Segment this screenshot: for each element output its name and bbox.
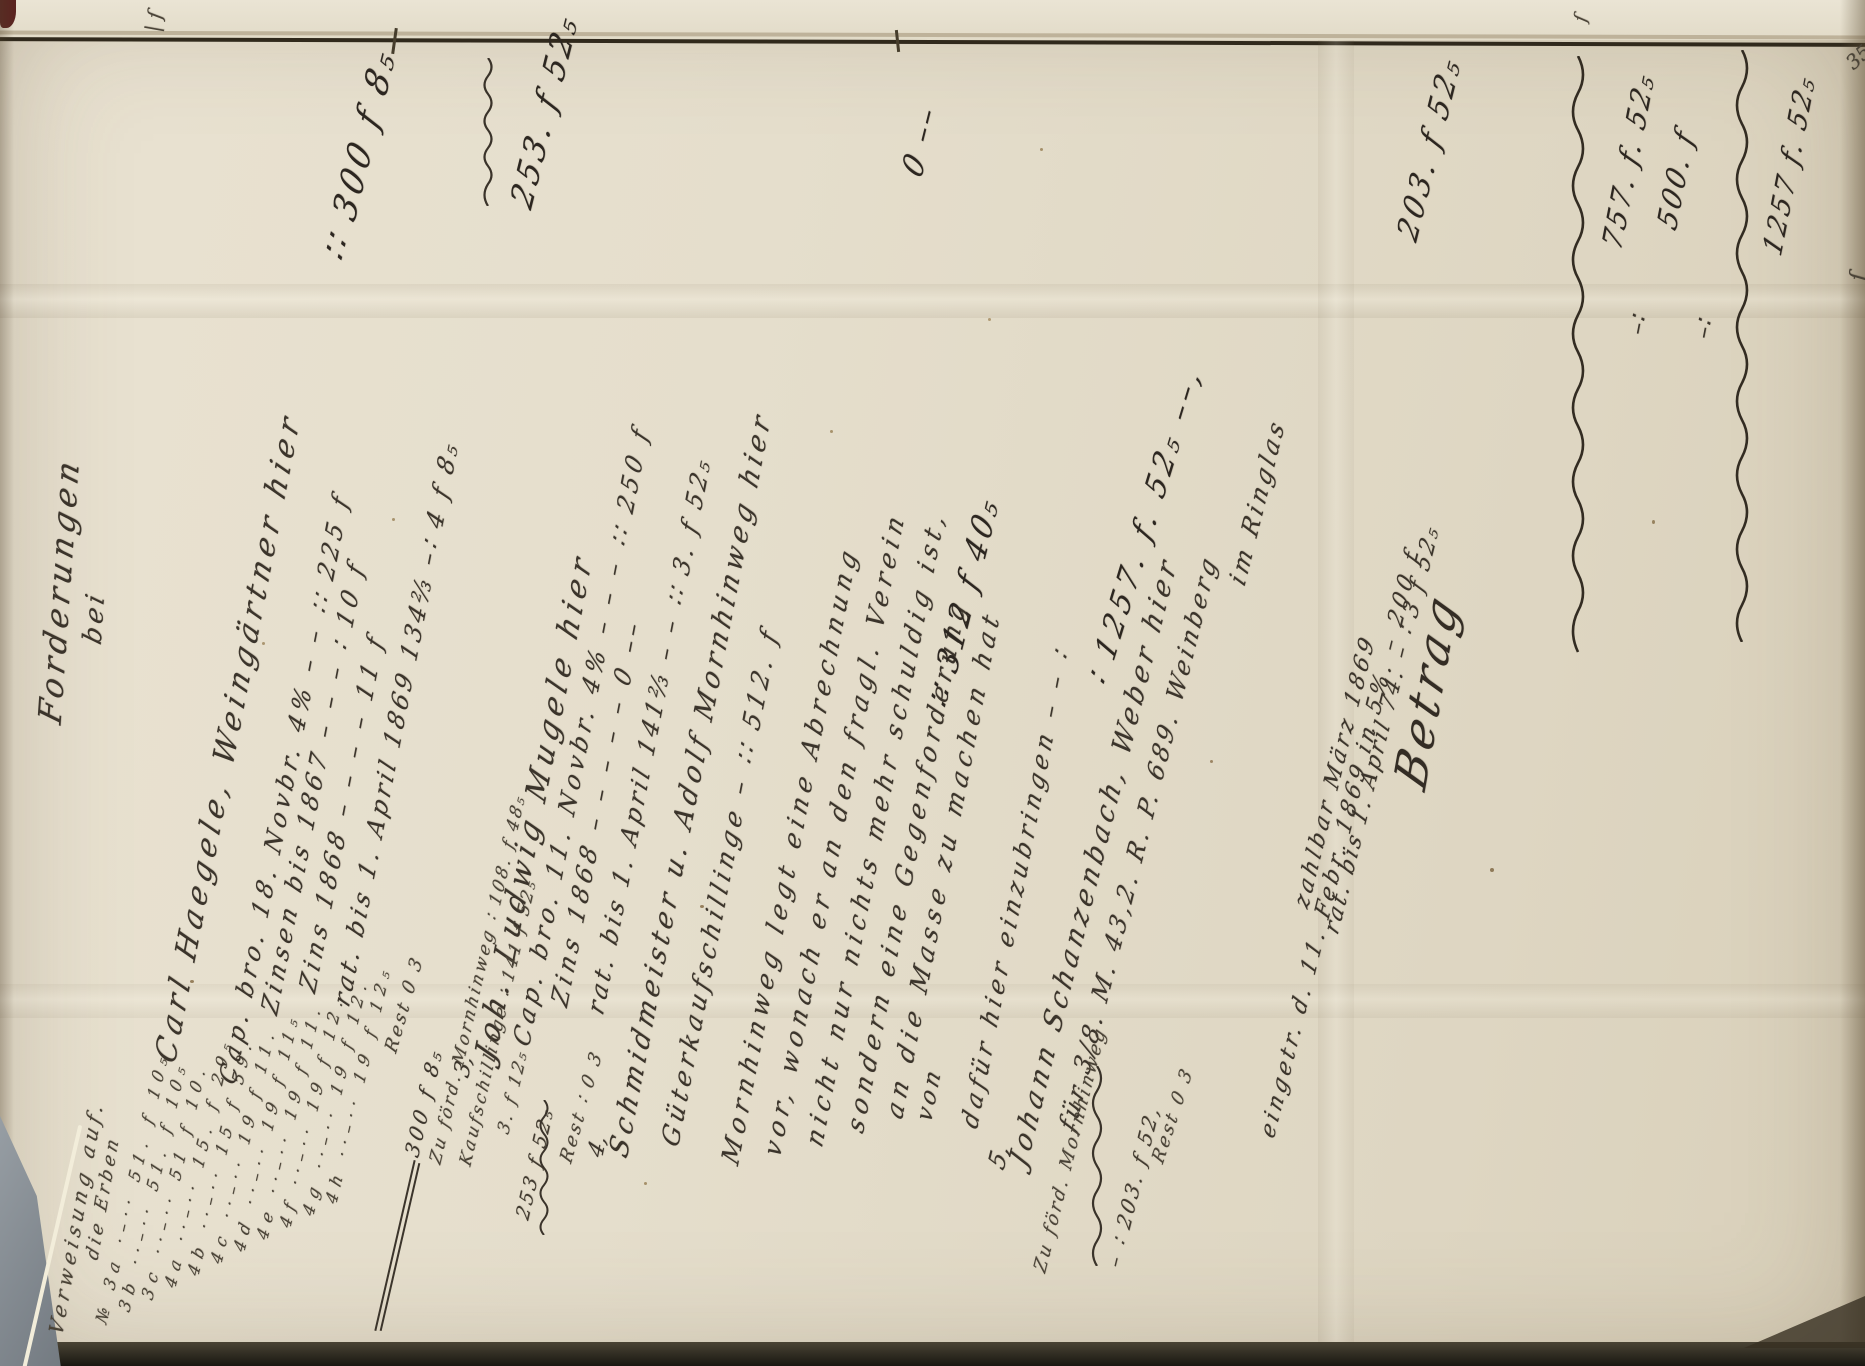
entry-schanzenbach-margin-sum: – ∶ 203. f 52, (1104, 1101, 1163, 1271)
paper-speck (392, 518, 395, 521)
fold-rule-line (0, 37, 1865, 47)
corner-red-mark (0, 0, 16, 28)
bottom-dark-strip (0, 1342, 1865, 1366)
entry-mornhinweg-text-line: von (914, 1063, 946, 1125)
ink-fragment: ſ (1848, 272, 1865, 282)
entry-schanzenbach-line: im Ringlas (1226, 414, 1289, 589)
bottom-right-wedge (1744, 1296, 1865, 1348)
totals-subtotal: 757. f. 52₅ (1599, 67, 1659, 254)
totals-leader: –∶ (1690, 318, 1717, 340)
ink-fragment: | ſ (142, 10, 165, 34)
totals-left-squiggle (1566, 56, 1590, 656)
ladder-sum-underline (374, 1160, 415, 1331)
column-heading-forderungen: Forderungen (34, 453, 84, 727)
entry-mugele-betrag: 253. f 52₅ (506, 7, 583, 214)
right-edge-shadow (1840, 0, 1865, 1366)
totals-carry: 500. f (1654, 124, 1699, 234)
paper-speck (1210, 760, 1213, 763)
entry-mornhinweg-betrag: 0 –– (899, 99, 943, 182)
entry-schanzenbach-betrag: 203. f 52₅ (1394, 50, 1467, 246)
totals-grand: 1257 f. 52₅ (1760, 70, 1820, 260)
column-heading-bei: bei (80, 588, 109, 648)
paper-speck (1040, 148, 1043, 151)
paper-speck (830, 430, 833, 433)
paper-speck (644, 1182, 647, 1185)
paper-speck (1490, 868, 1494, 872)
wavy-flourish-line (536, 1100, 552, 1235)
paper-speck (1652, 520, 1655, 524)
ink-fragment: ſ (1572, 13, 1591, 23)
ink-fragment: 35 (1842, 41, 1865, 73)
manuscript-photo: Forderungen bei Verweisung auf. die Erbe… (0, 0, 1865, 1366)
ink-tick (391, 28, 398, 54)
paper-speck (988, 318, 991, 321)
wavy-flourish-line (1088, 1066, 1106, 1266)
wavy-flourish-line (480, 58, 496, 206)
totals-right-squiggle (1730, 50, 1754, 642)
entry-haegele-betrag: ∶∶ 300 f 8₅ (318, 41, 402, 269)
ink-tick (895, 30, 900, 52)
left-gutter-shadow (0, 0, 14, 1366)
ladder-sum-underline (380, 1163, 421, 1331)
totals-leader: –∶ (1624, 314, 1651, 336)
fold-shadow-line (0, 31, 1865, 40)
